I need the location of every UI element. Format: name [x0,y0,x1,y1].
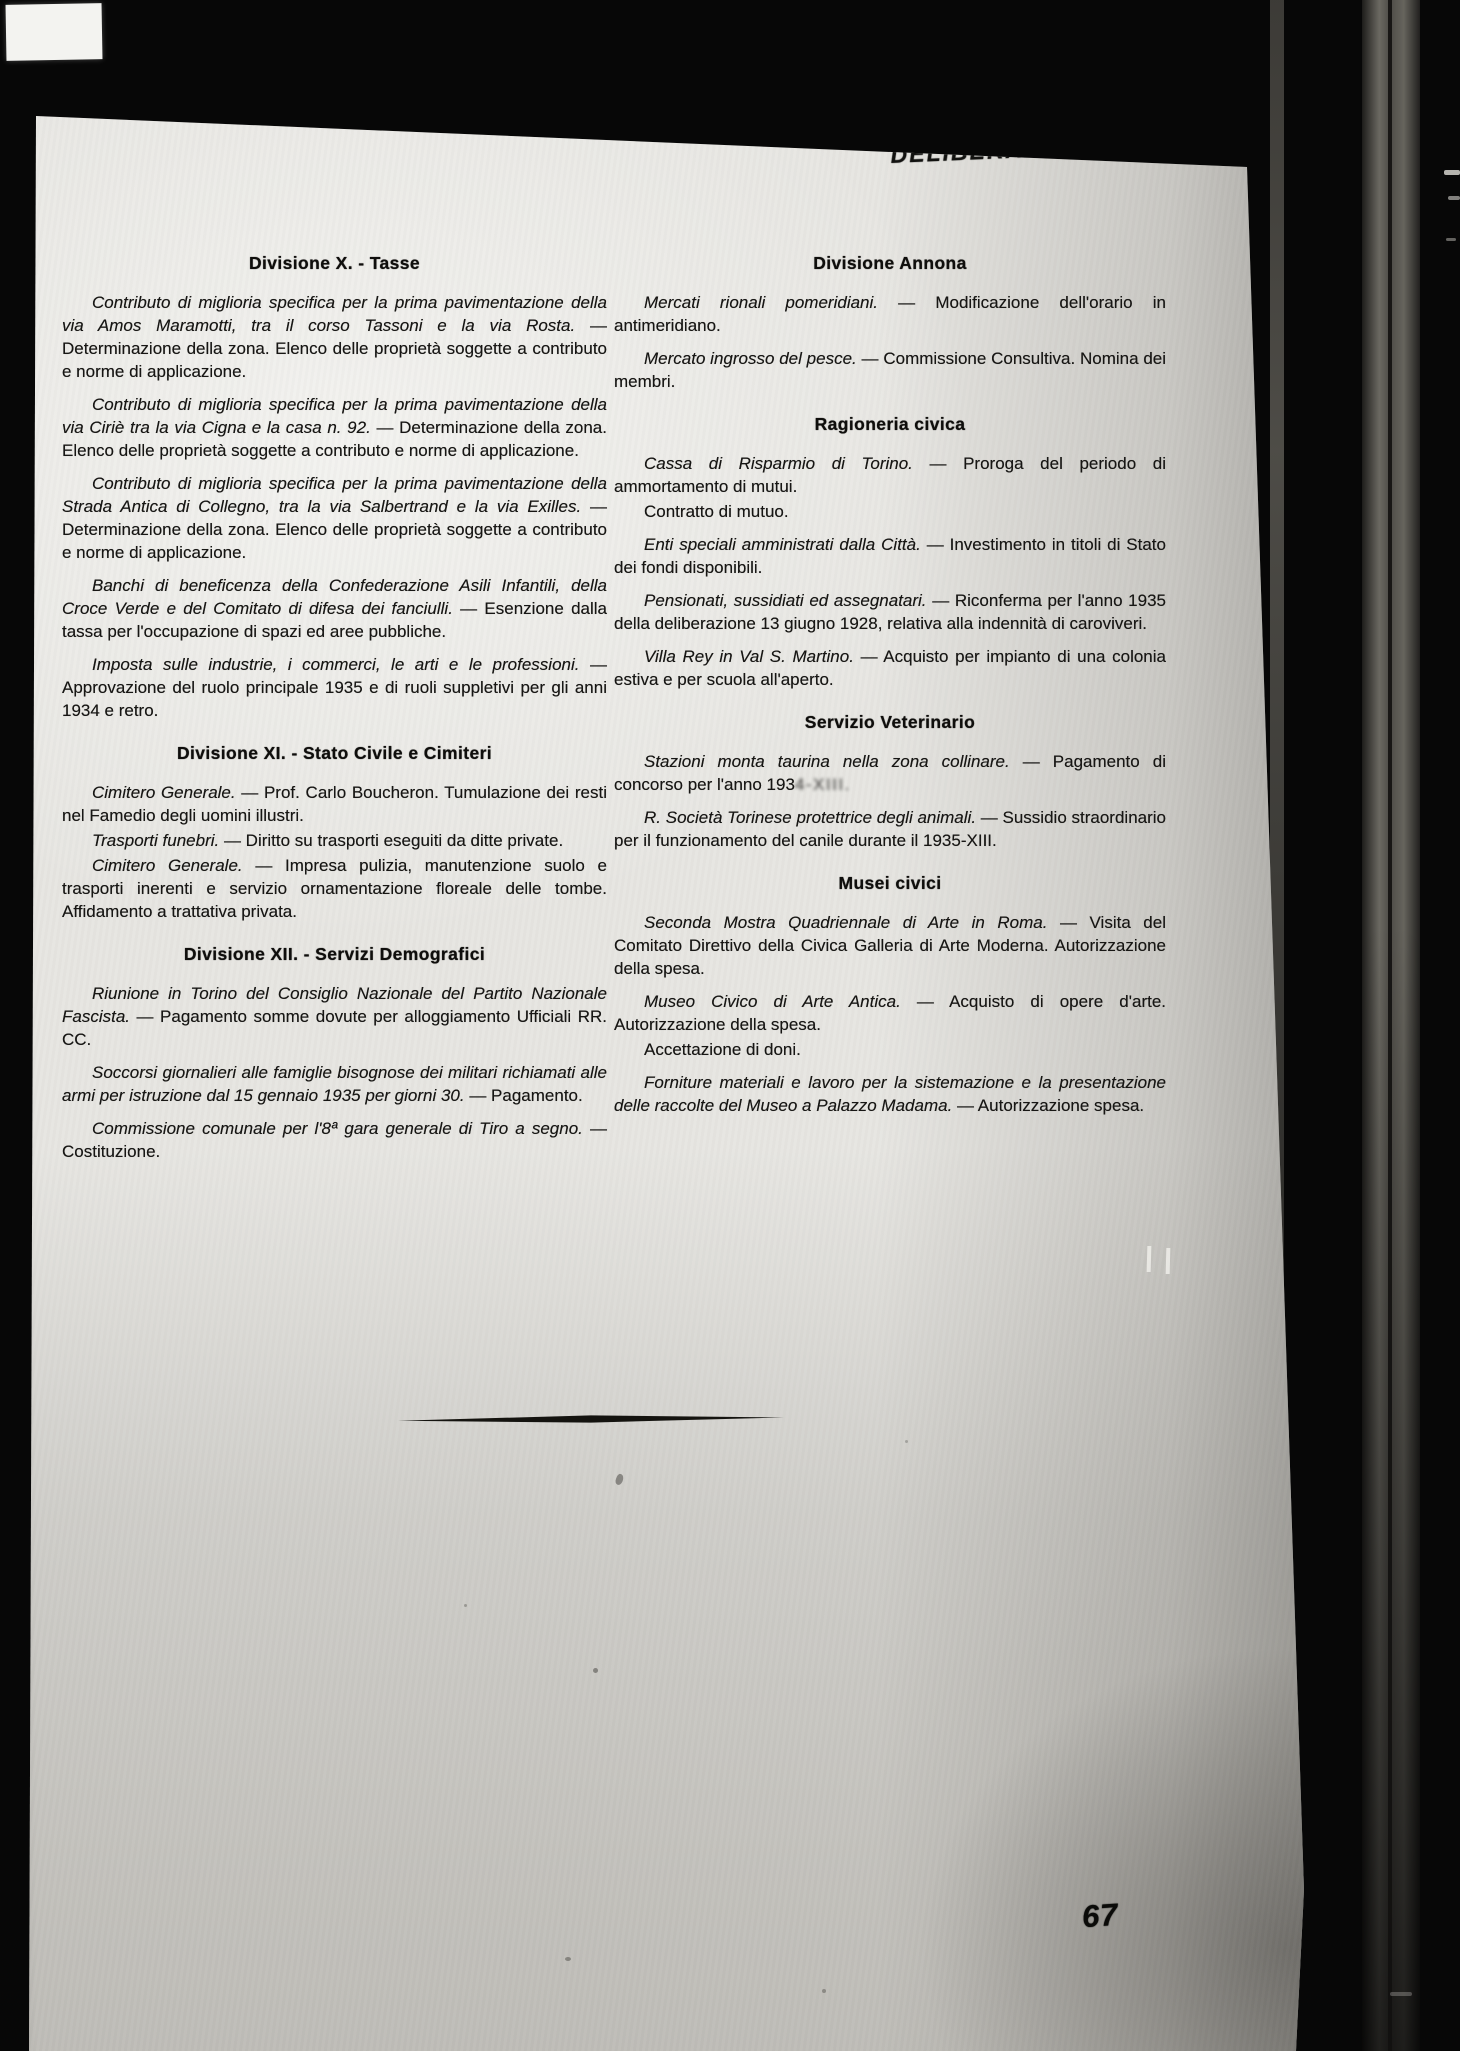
deliberation-item: Pensionati, sussidiati ed assegnatari. —… [614,589,1166,635]
item-action: — Diritto su trasporti eseguiti da ditte… [219,831,563,850]
scratch-mark [1166,1248,1171,1274]
deliberation-item: Cimitero Generale. — Impresa pulizia, ma… [62,854,607,923]
deliberation-item: Mercati rionali pomeridiani. — Modificaz… [614,291,1166,337]
item-subject: Mercato ingrosso del pesce. [644,349,857,368]
item-action: — Pagamento. [465,1086,583,1105]
item-subject: Cimitero Generale. [92,856,243,875]
corner-label-patch [6,3,103,61]
item-action: Contratto di mutuo. [644,502,789,521]
scan-edge-streak [1448,196,1460,200]
deliberation-item: Seconda Mostra Quadriennale di Arte in R… [614,911,1166,980]
book-spine-stripe [1362,0,1420,2051]
deliberation-item: Banchi di beneficenza della Confederazio… [62,574,607,643]
scan-edge-streak [1444,170,1460,175]
deliberation-item: R. Società Torinese protettrice degli an… [614,806,1166,852]
dust-speck [614,1473,625,1486]
deliberation-item: Enti speciali amministrati dalla Città. … [614,533,1166,579]
item-subject: Mercati rionali pomeridiani. [644,293,878,312]
section-heading-servizio-veterinario: Servizio Veterinario [614,711,1166,734]
item-subject: Pensionati, sussidiati ed assegnatari. [644,591,927,610]
deliberation-item: Contratto di mutuo. [614,500,1166,523]
deliberation-item: Contributo di miglioria specifica per la… [62,291,607,383]
deliberation-item: Accettazione di doni. [614,1038,1166,1061]
item-subject: Trasporti funebri. [92,831,219,850]
item-subject: Cassa di Risparmio di Torino. [644,454,913,473]
dust-speck [905,1440,908,1443]
dust-speck [822,1989,826,1993]
scanned-page: DELIBERAZIONI DEL PODESTÀ Divisione X. -… [0,0,1460,2051]
deliberation-item: Mercato ingrosso del pesce. — Commission… [614,347,1166,393]
left-column: Divisione X. - Tasse Contributo di migli… [62,238,607,1173]
item-subject: Contributo di miglioria specifica per la… [62,474,607,516]
deliberation-item: Commissione comunale per l'8ª gara gener… [62,1117,607,1163]
item-subject: Cimitero Generale. [92,783,236,802]
dust-speck [464,1604,467,1607]
item-action: — Autorizzazione spesa. [952,1096,1144,1115]
separator-rule [396,1413,786,1425]
item-subject: Enti speciali amministrati dalla Città. [644,535,921,554]
deliberation-item: Soccorsi giornalieri alle famiglie bisog… [62,1061,607,1107]
section-heading-divisione-annona: Divisione Annona [614,252,1166,275]
section-heading-musei-civici: Musei civici [614,872,1166,895]
item-action: Accettazione di doni. [644,1040,801,1059]
item-subject: Commissione comunale per l'8ª gara gener… [92,1119,583,1138]
deliberation-item: Stazioni monta taurina nella zona collin… [614,750,1166,796]
deliberation-item: Imposta sulle industrie, i commerci, le … [62,653,607,722]
deliberation-item: Contributo di miglioria specifica per la… [62,472,607,564]
right-column: Divisione Annona Mercati rionali pomerid… [614,238,1166,1127]
deliberation-item: Cassa di Risparmio di Torino. — Proroga … [614,452,1166,498]
scan-edge-streak [1390,1992,1412,1996]
item-subject: Imposta sulle industrie, i commerci, le … [92,655,580,674]
page-number: 67 [1081,1897,1120,1935]
item-action-smudged: 4-XIII. [795,775,851,794]
deliberation-item: Forniture materiali e lavoro per la sist… [614,1071,1166,1117]
running-header-text: DELIBERAZIONI DEL PODESTÀ [890,125,1289,168]
section-heading-divisione-x: Divisione X. - Tasse [62,252,607,275]
item-action: — Pagamento somme dovute per alloggiamen… [62,1007,607,1049]
scan-edge-streak [1446,238,1456,241]
item-subject: Seconda Mostra Quadriennale di Arte in R… [644,913,1047,932]
spine-shadow-line [1388,0,1392,2051]
deliberation-item: Riunione in Torino del Consiglio Naziona… [62,982,607,1051]
item-subject: Contributo di miglioria specifica per la… [62,293,607,335]
deliberation-item: Trasporti funebri. — Diritto su trasport… [62,829,607,852]
ink-smear [1296,133,1326,145]
item-subject: Museo Civico di Arte Antica. [644,992,901,1011]
deliberation-item: Contributo di miglioria specifica per la… [62,393,607,462]
deliberation-item: Museo Civico di Arte Antica. — Acquisto … [614,990,1166,1036]
scratch-mark [1147,1246,1152,1272]
section-heading-ragioneria-civica: Ragioneria civica [614,413,1166,436]
deliberation-item: Villa Rey in Val S. Martino. — Acquisto … [614,645,1166,691]
section-heading-divisione-xi: Divisione XI. - Stato Civile e Cimiteri [62,742,607,765]
running-header: DELIBERAZIONI DEL PODESTÀ [890,127,1251,169]
dust-speck [593,1668,598,1673]
item-subject: Stazioni monta taurina nella zona collin… [644,752,1010,771]
item-subject: R. Società Torinese protettrice degli an… [644,808,976,827]
paper-sheet: DELIBERAZIONI DEL PODESTÀ Divisione X. -… [0,0,1460,2051]
dust-speck [565,1957,571,1961]
item-subject: Villa Rey in Val S. Martino. [644,647,854,666]
section-heading-divisione-xii: Divisione XII. - Servizi Demografici [62,943,607,966]
deliberation-item: Cimitero Generale. — Prof. Carlo Boucher… [62,781,607,827]
